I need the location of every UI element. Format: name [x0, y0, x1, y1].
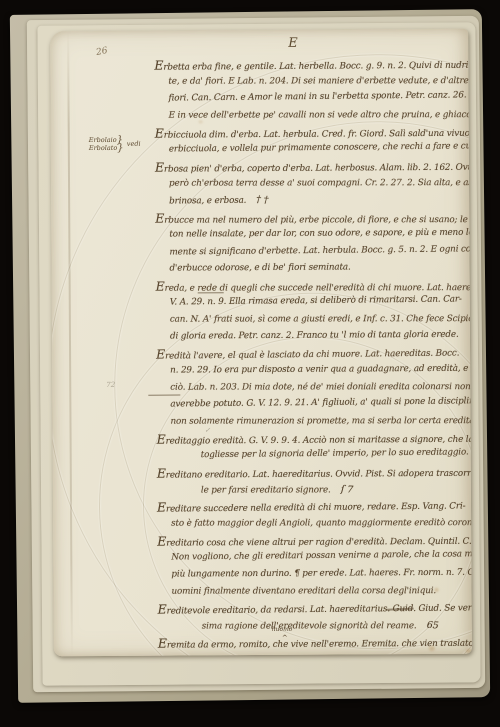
- manuscript-line: Ereditano ereditario. Lat. haereditarius…: [157, 463, 472, 482]
- manuscript-line-text: non solamente rimunerazion si promette, …: [170, 413, 471, 431]
- insertion-text: huomo: [272, 626, 293, 633]
- margin-note-line2: Erbolato}: [89, 144, 124, 152]
- ink-underline: [198, 292, 224, 293]
- manuscript-line: sima ragione dell'ereditevole signorità …: [158, 617, 472, 635]
- manuscript-line-text: Eremita da ermo, romito, che vive nell'e…: [158, 633, 472, 655]
- manuscript-line: Non vogliono, che gli ereditari possan v…: [157, 546, 472, 567]
- manuscript-line-text: E in vece dell'erbette pe' cavalli non s…: [169, 107, 472, 125]
- interline-insertion: huomo ^: [272, 626, 293, 633]
- manuscript-line-text: erbicciuola, e vollela pur primamente co…: [169, 138, 472, 158]
- manuscript-line-text: togliesse per la signoria delle' imperio…: [201, 444, 469, 464]
- margin-note-label: vedi: [127, 141, 141, 149]
- manuscript-line-text: can. N. A' frati suoi, sì come a giusti …: [170, 311, 472, 329]
- manuscript-line: più lungamente non durino. ¶ per erede. …: [157, 565, 472, 584]
- manuscript-line: Erbetta erba fine, e gentile. Lat. herbe…: [154, 55, 472, 74]
- manuscript-line: V. A. 29. n. 9. Ella rimasa ereda, si de…: [156, 291, 472, 312]
- manuscript-line-text: sima ragione dell'ereditevole signorità …: [202, 618, 417, 635]
- manuscript-line-text: brinosa, e erbosa.: [169, 193, 246, 211]
- manuscript-line-text: Eredità l'avere, el qual è lasciato da c…: [156, 342, 459, 365]
- margin-brace: }: [117, 142, 123, 153]
- manuscript-photo: 26 E Erbolaio} Erbolato} vedi Erbetta er…: [0, 0, 500, 727]
- pencil-mark: ✓: [205, 426, 211, 434]
- folio-number: 26: [95, 46, 108, 58]
- manuscript-line: erbicciuola, e vollela pur primamente co…: [155, 138, 472, 159]
- insertion-caret: ^: [282, 634, 288, 642]
- manuscript-line: fiori. Can. Carn. e Amor le mani in su l…: [154, 87, 471, 108]
- manuscript-line-text: fiori. Can. Carn. e Amor le mani in su l…: [168, 87, 471, 107]
- manuscript-line: Ereditare succedere nella eredità di chi…: [157, 495, 472, 516]
- margin-note: Erbolaio} Erbolato} vedi: [89, 137, 124, 152]
- manuscript-line: averebbe potuto. G. V. 12. 9. 21. A' fig…: [156, 393, 472, 414]
- ink-underline: [148, 394, 180, 395]
- tally-mark: 65: [426, 617, 439, 635]
- manuscript-line: Erbucce ma nel numero del più, erbe picc…: [155, 209, 472, 227]
- manuscript-line-text: mente si significano d'erbette. Lat. her…: [169, 241, 472, 261]
- manuscript-line-text: V. A. 29. n. 9. Ella rimasa ereda, si de…: [170, 291, 462, 311]
- tally-mark: † †: [256, 191, 269, 209]
- manuscript-line: Ereditevole ereditario, da redarsi. Lat.…: [158, 597, 472, 618]
- manuscript-leaf: 26 E Erbolaio} Erbolato} vedi Erbetta er…: [50, 29, 472, 657]
- manuscript-line: togliesse per la signoria delle' imperio…: [157, 444, 472, 465]
- manuscript-line: mente si significano d'erbette. Lat. her…: [155, 240, 472, 261]
- section-letter: E: [288, 36, 298, 51]
- manuscript-line-text: Non vogliono, che gli ereditari possan v…: [171, 546, 472, 566]
- text-block: Erbetta erba fine, e gentile. Lat. herbe…: [154, 55, 472, 652]
- manuscript-line: brinosa, e erbosa.† †: [155, 189, 472, 210]
- manuscript-line: Eredità l'avere, el qual è lasciato da c…: [156, 342, 472, 363]
- manuscript-line: d'erbucce odorose, e di be' fiori semina…: [155, 259, 471, 278]
- manuscript-line: can. N. A' frati suoi, sì come a giusti …: [156, 311, 472, 329]
- manuscript-line-text: più lungamente non durino. ¶ per erede. …: [171, 565, 472, 584]
- manuscript-line: E in vece dell'erbette pe' cavalli non s…: [155, 107, 472, 125]
- manuscript-line-text: sto è fatto maggior degli Angioli, quant…: [171, 515, 472, 533]
- manuscript-line-text: averebbe potuto. G. V. 12. 9. 21. A' fig…: [170, 393, 472, 413]
- manuscript-line-text: d'erbucce odorose, e di be' fiori semina…: [169, 259, 350, 277]
- pencil-mark: 72: [106, 381, 115, 389]
- manuscript-line-text: Erbucce ma nel numero del più, erbe picc…: [155, 209, 472, 230]
- manuscript-line: Erbosa pien' d'erba, coperto d'erba. Lat…: [155, 157, 472, 176]
- manuscript-line: sto è fatto maggior degli Angioli, quant…: [157, 515, 472, 533]
